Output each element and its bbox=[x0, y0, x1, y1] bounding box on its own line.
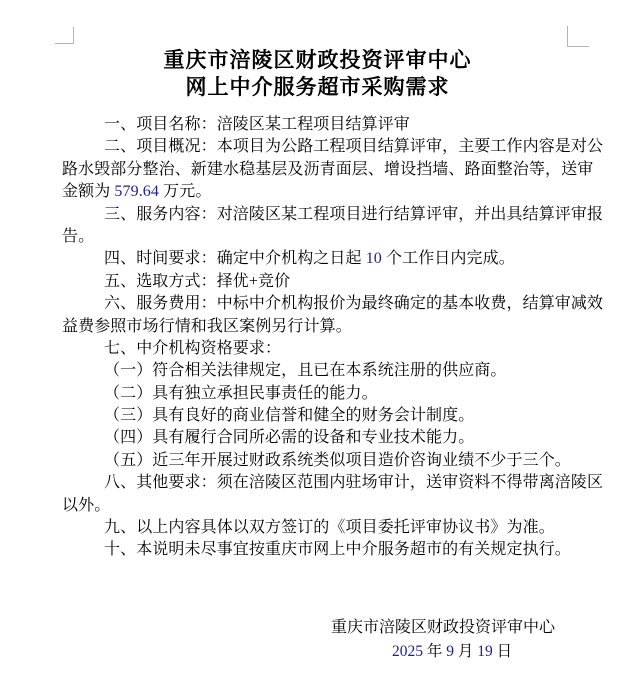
body-line-qualification-5: （五）近三年开展过财政系统类似项目造价咨询业绩不少于三个。 bbox=[62, 450, 578, 472]
title-line-1: 重庆市涪陵区财政投资评审中心 bbox=[0, 47, 635, 74]
time-pre: 四、时间要求：确定中介机构之日起 bbox=[104, 250, 366, 267]
overview-amount-post: 万元。 bbox=[159, 183, 211, 200]
document-page: 重庆市涪陵区财政投资评审中心 网上中介服务超市采购需求 一、项目名称：涪陵区某工… bbox=[0, 0, 635, 691]
working-days-value: 10 bbox=[366, 250, 382, 267]
body-line-qualification-4: （四）具有履行合同所必需的设备和专业技术能力。 bbox=[62, 427, 578, 449]
document-body: 一、项目名称：涪陵区某工程项目结算评审 二、项目概况：本项目为公路工程项目结算评… bbox=[62, 114, 578, 562]
body-line-service-fee-2: 益费参照市场行情和我区案例另行计算。 bbox=[62, 316, 578, 338]
signature-organization: 重庆市涪陵区财政投资评审中心 bbox=[331, 617, 555, 639]
date-month-label: 月 bbox=[454, 643, 477, 660]
date-month: 9 bbox=[446, 643, 454, 660]
body-line-overview-3: 金额为 579.64 万元。 bbox=[62, 181, 578, 203]
body-line-time-requirement: 四、时间要求：确定中介机构之日起 10 个工作日内完成。 bbox=[62, 248, 578, 270]
date-year-label: 年 bbox=[423, 643, 446, 660]
body-line-overview-1: 二、项目概况：本项目为公路工程项目结算评审，主要工作内容是对公 bbox=[62, 136, 578, 158]
date-year: 2025 bbox=[392, 643, 423, 660]
time-post: 个工作日内完成。 bbox=[382, 250, 515, 267]
body-line-qualification-1: （一）符合相关法律规定，且已在本系统注册的供应商。 bbox=[62, 360, 578, 382]
title-line-2: 网上中介服务超市采购需求 bbox=[0, 74, 635, 101]
crop-mark-top-left-icon bbox=[55, 27, 74, 44]
body-line-other-requirements-1: 八、其他要求：须在涪陵区范围内驻场审计，送审资料不得带离涪陵区 bbox=[62, 472, 578, 494]
crop-mark-top-right-icon bbox=[567, 26, 589, 47]
body-line-qualification-3: （三）具有良好的商业信誉和健全的财务会计制度。 bbox=[62, 405, 578, 427]
body-line-final-clause: 十、本说明未尽事宜按重庆市网上中介服务超市的有关规定执行。 bbox=[62, 539, 578, 561]
body-line-qualification-header: 七、中介机构资格要求： bbox=[62, 338, 578, 360]
body-line-qualification-2: （二）具有独立承担民事责任的能力。 bbox=[62, 383, 578, 405]
body-line-project-name: 一、项目名称：涪陵区某工程项目结算评审 bbox=[62, 114, 578, 136]
date-day: 19 bbox=[477, 643, 493, 660]
date-day-label: 日 bbox=[493, 643, 512, 660]
body-line-overview-2: 路水毁部分整治、新建水稳基层及沥青面层、增设挡墙、路面整治等，送审 bbox=[62, 159, 578, 181]
body-line-service-fee-1: 六、服务费用：中标中介机构报价为最终确定的基本收费，结算审减效 bbox=[62, 293, 578, 315]
body-line-other-requirements-2: 以外。 bbox=[62, 495, 578, 517]
overview-amount-pre: 金额为 bbox=[62, 183, 114, 200]
amount-value: 579.64 bbox=[114, 183, 159, 200]
signature-date: 2025 年 9 月 19 日 bbox=[392, 641, 512, 663]
document-title: 重庆市涪陵区财政投资评审中心 网上中介服务超市采购需求 bbox=[0, 47, 635, 101]
body-line-service-2: 告。 bbox=[62, 226, 578, 248]
body-line-selection-method: 五、选取方式：择优+竞价 bbox=[62, 271, 578, 293]
body-line-agreement: 九、以上内容具体以双方签订的《项目委托评审协议书》为准。 bbox=[62, 517, 578, 539]
body-line-service-1: 三、服务内容：对涪陵区某工程项目进行结算评审，并出具结算评审报 bbox=[62, 204, 578, 226]
